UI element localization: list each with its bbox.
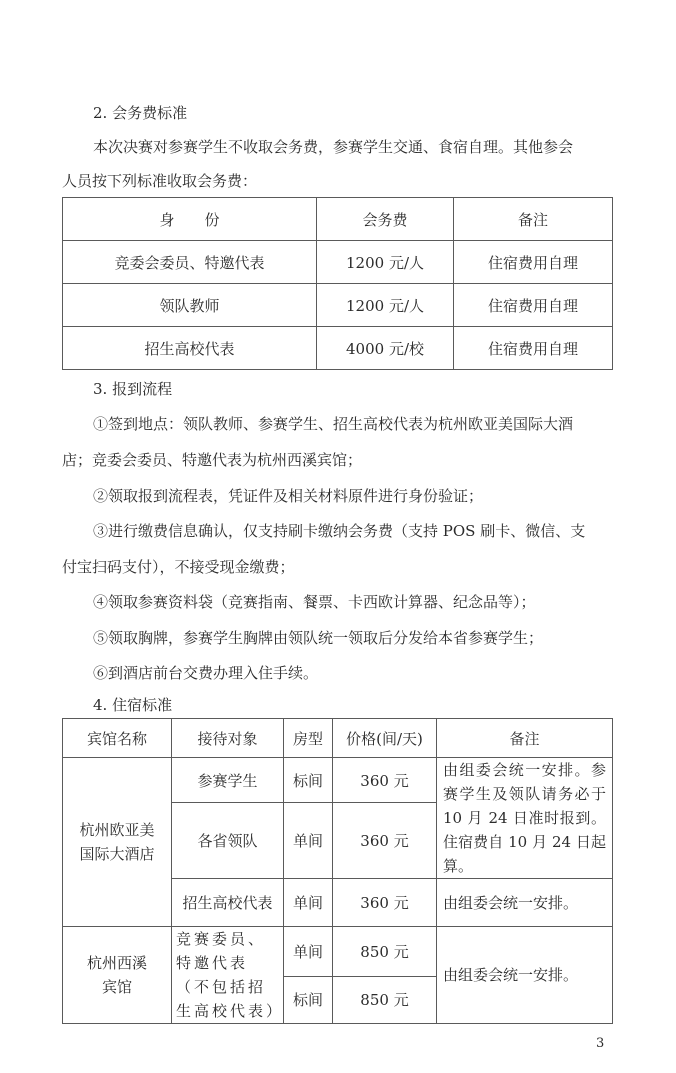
lodging-table: 宾馆名称 接待对象 房型 价格(间/天) 备注 杭州欧亚美国际大酒店 参赛学生 … — [62, 718, 613, 1024]
header-room: 房型 — [284, 719, 333, 758]
table-row: 竞委会委员、特邀代表 1200 元/人 住宿费用自理 — [63, 241, 613, 284]
lodging-table-header: 宾馆名称 接待对象 房型 价格(间/天) 备注 — [63, 719, 613, 758]
cell-note: 住宿费用自理 — [454, 284, 613, 327]
fee-table: 身 份 会务费 备注 竞委会委员、特邀代表 1200 元/人 住宿费用自理 领队… — [62, 197, 613, 370]
fee-table-header: 身 份 会务费 备注 — [63, 198, 613, 241]
header-hotel: 宾馆名称 — [63, 719, 172, 758]
cell-target: 招生高校代表 — [172, 879, 284, 927]
cell-identity: 领队教师 — [63, 284, 317, 327]
cell-target: 各省领队 — [172, 803, 284, 879]
table-row: 杭州欧亚美国际大酒店 参赛学生 标间 360 元 由组委会统一安排。参赛学生及领… — [63, 758, 613, 803]
cell-note: 住宿费用自理 — [454, 327, 613, 370]
cell-room: 单间 — [284, 927, 333, 977]
cell-price: 360 元 — [333, 758, 437, 803]
cell-room: 标间 — [284, 976, 333, 1023]
cell-note: 由组委会统一安排。 — [437, 879, 613, 927]
section2-paragraph-line2: 人员按下列标准收取会务费： — [62, 171, 257, 191]
header-target: 接待对象 — [172, 719, 284, 758]
cell-hotel-name: 杭州欧亚美国际大酒店 — [63, 758, 172, 927]
page-number: 3 — [596, 1036, 604, 1051]
cell-hotel-name: 杭州西溪宾馆 — [63, 927, 172, 1024]
step-5: ⑤领取胸牌，参赛学生胸牌由领队统一领取后分发给本省参赛学生； — [93, 628, 543, 648]
cell-identity: 招生高校代表 — [63, 327, 317, 370]
cell-room: 标间 — [284, 758, 333, 803]
header-note: 备注 — [454, 198, 613, 241]
step-2: ②领取报到流程表，凭证件及相关材料原件进行身份验证； — [93, 486, 483, 506]
cell-price: 360 元 — [333, 879, 437, 927]
table-row: 杭州西溪宾馆 竞赛委员、特邀代表（不包括招生高校代表） 单间 850 元 由组委… — [63, 927, 613, 977]
step-6: ⑥到酒店前台交费办理入住手续。 — [93, 663, 318, 683]
cell-note: 住宿费用自理 — [454, 241, 613, 284]
cell-price: 360 元 — [333, 803, 437, 879]
cell-note: 由组委会统一安排。 — [437, 927, 613, 1024]
step-3a: ③进行缴费信息确认，仅支持刷卡缴纳会务费（支持 POS 刷卡、微信、支 — [93, 521, 585, 541]
step-3b: 付宝扫码支付），不接受现金缴费； — [62, 557, 295, 577]
cell-identity: 竞委会委员、特邀代表 — [63, 241, 317, 284]
section2-paragraph-line1: 本次决赛对参赛学生不收取会务费，参赛学生交通、食宿自理。其他参会 — [93, 137, 573, 157]
cell-target: 竞赛委员、特邀代表（不包括招生高校代表） — [172, 927, 284, 1024]
step-1a: ①签到地点：领队教师、参赛学生、招生高校代表为杭州欧亚美国际大酒 — [93, 414, 573, 434]
header-identity: 身 份 — [63, 198, 317, 241]
cell-target: 参赛学生 — [172, 758, 284, 803]
cell-note: 由组委会统一安排。参赛学生及领队请务必于 10 月 24 日准时报到。住宿费自 … — [437, 758, 613, 879]
table-row: 招生高校代表 4000 元/校 住宿费用自理 — [63, 327, 613, 370]
section2-heading: 2. 会务费标准 — [93, 103, 187, 123]
header-price: 价格(间/天) — [333, 719, 437, 758]
cell-fee: 1200 元/人 — [317, 284, 454, 327]
cell-room: 单间 — [284, 879, 333, 927]
section3-heading: 3. 报到流程 — [93, 379, 172, 399]
header-note: 备注 — [437, 719, 613, 758]
cell-fee: 1200 元/人 — [317, 241, 454, 284]
header-fee: 会务费 — [317, 198, 454, 241]
step-1b: 店；竞委会委员、特邀代表为杭州西溪宾馆； — [62, 450, 362, 470]
step-4: ④领取参赛资料袋（竞赛指南、餐票、卡西欧计算器、纪念品等）； — [93, 592, 536, 612]
cell-price: 850 元 — [333, 976, 437, 1023]
cell-room: 单间 — [284, 803, 333, 879]
table-row: 领队教师 1200 元/人 住宿费用自理 — [63, 284, 613, 327]
cell-price: 850 元 — [333, 927, 437, 977]
section4-heading: 4. 住宿标准 — [93, 695, 172, 715]
cell-fee: 4000 元/校 — [317, 327, 454, 370]
